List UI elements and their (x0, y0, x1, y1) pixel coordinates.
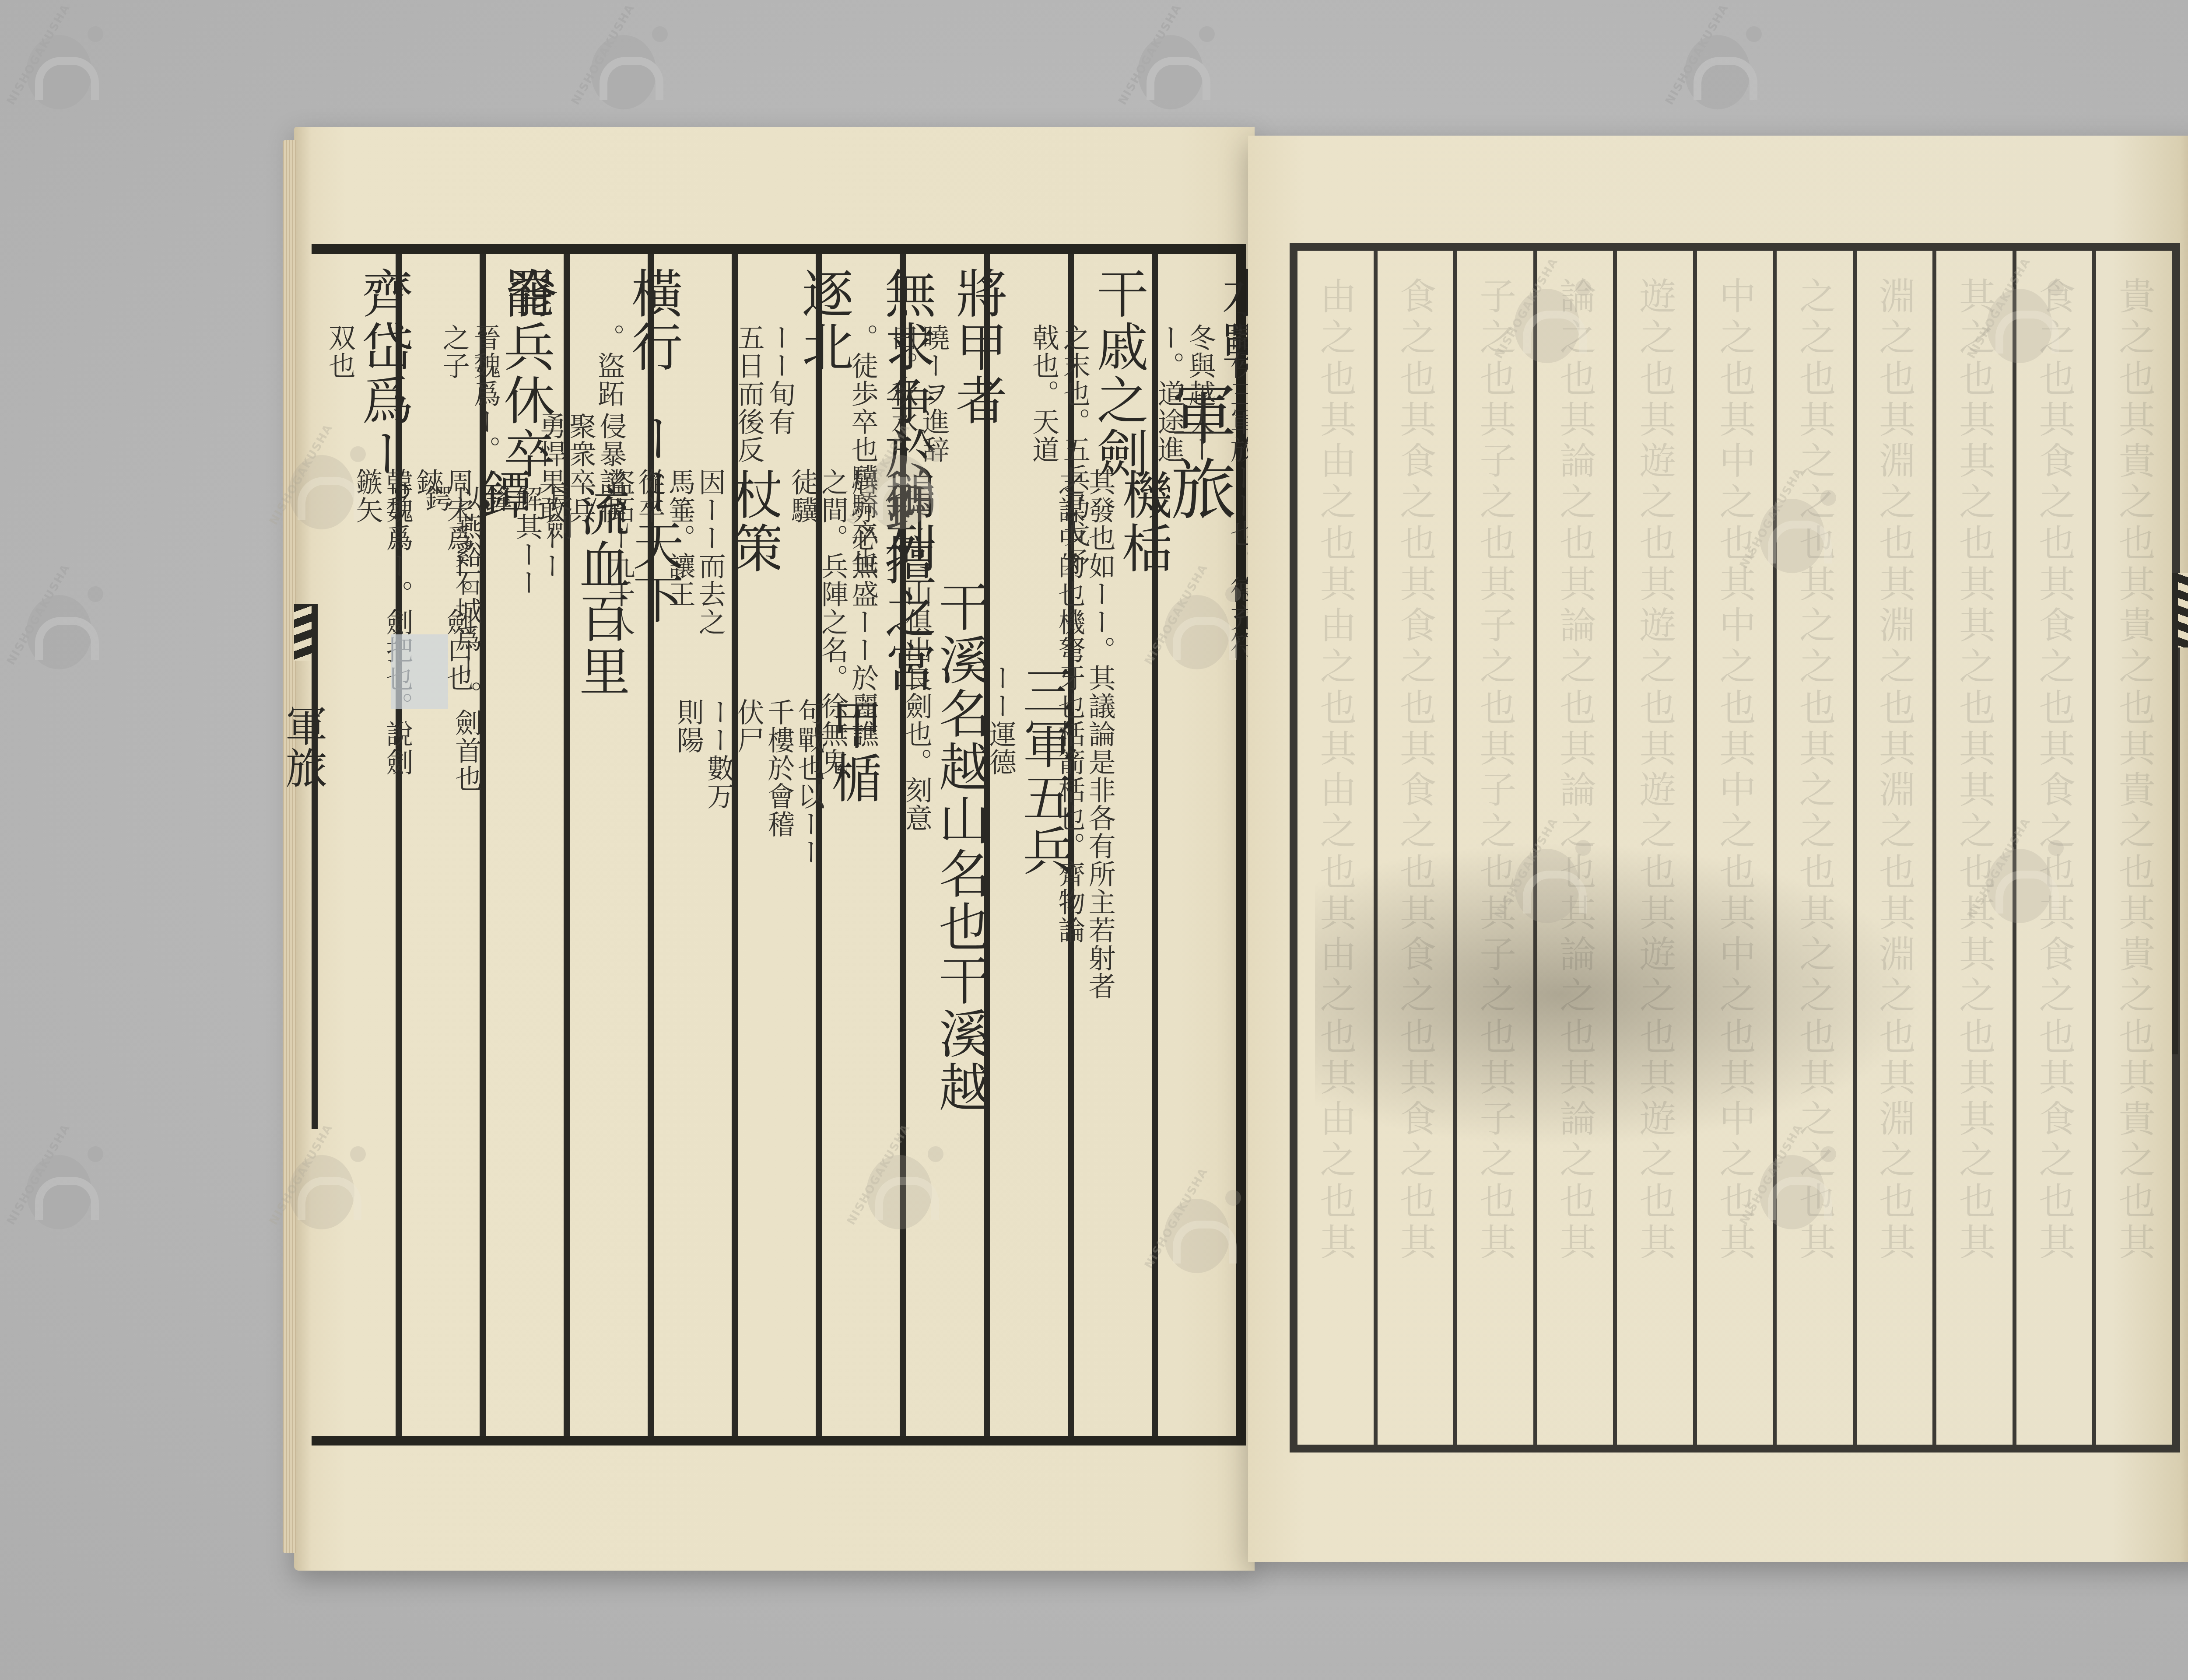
text-columns: 軍旅 水戰冬與越人ーー。道途進機栝其發也如ーー。其議論是非各有所主若射者之謀中的… (312, 254, 1236, 1436)
spine-tab-label: 食部 (2182, 678, 2188, 748)
show-through-text: 食之也其食之也其食之也其食之也其食之也其食之也其 (2036, 277, 2073, 1264)
nishogakusha-logo-icon: NISHOGAKUSHA (1969, 271, 2065, 367)
ink-stain (1315, 841, 1928, 1148)
nishogakusha-logo-icon: NISHOGAKUSHA (1147, 1181, 1243, 1277)
nishogakusha-logo-icon: NISHOGAKUSHA (849, 1137, 945, 1234)
nishogakusha-logo-icon: NISHOGAKUSHA (1147, 577, 1243, 674)
nishogakusha-logo-icon: NISHOGAKUSHA (271, 437, 368, 534)
ruled-column: 貴之也其貴之也其貴之也其貴之也其貴之也其貴之也其 (2092, 251, 2172, 1445)
nishogakusha-logo-icon: NISHOGAKUSHA (1667, 17, 1764, 114)
spine-tab-right: 食部 (2172, 573, 2188, 1054)
nishogakusha-logo-icon: NISHOGAKUSHA (9, 17, 105, 114)
gloss-text: 晉魏爲ー。 (471, 324, 499, 464)
nishogakusha-logo-icon: NISHOGAKUSHA (849, 437, 945, 534)
open-book: 軍旅 軍旅 水戰冬與越人ーー。道途進機栝其發也如ーー。其議論是非各有所主若射者之… (294, 127, 2188, 1571)
nishogakusha-logo-icon: NISHOGAKUSHA (1742, 1137, 1838, 1234)
paper-repair-patch (391, 634, 448, 709)
nishogakusha-logo-icon: NISHOGAKUSHA (1120, 17, 1217, 114)
fish-tail-mark-icon (2178, 573, 2188, 647)
print-frame-left: 軍旅 水戰冬與越人ーー。道途進機栝其發也如ーー。其議論是非各有所主若射者之謀中的… (312, 244, 1246, 1445)
headword: 脊 (501, 267, 555, 320)
nishogakusha-logo-icon: NISHOGAKUSHA (9, 577, 105, 674)
nishogakusha-logo-icon: NISHOGAKUSHA (1497, 831, 1593, 927)
nishogakusha-logo-icon: NISHOGAKUSHA (1742, 481, 1838, 577)
left-page: 軍旅 軍旅 水戰冬與越人ーー。道途進機栝其發也如ーー。其議論是非各有所主若射者之… (294, 127, 1255, 1571)
gloss-text: 双也 (326, 324, 354, 380)
show-through-text: 其之也其其之也其其之也其其之也其其之也其其之也其 (1956, 277, 1993, 1264)
nishogakusha-logo-icon: NISHOGAKUSHA (1969, 831, 2065, 927)
nishogakusha-logo-icon: NISHOGAKUSHA (9, 1137, 105, 1234)
nishogakusha-logo-icon: NISHOGAKUSHA (573, 17, 670, 114)
nishogakusha-logo-icon: NISHOGAKUSHA (1497, 271, 1593, 367)
nishogakusha-logo-icon: NISHOGAKUSHA (271, 1137, 368, 1234)
show-through-text: 貴之也其貴之也其貴之也其貴之也其貴之也其貴之也其 (2116, 277, 2153, 1264)
headword: 鐔 (474, 468, 528, 776)
